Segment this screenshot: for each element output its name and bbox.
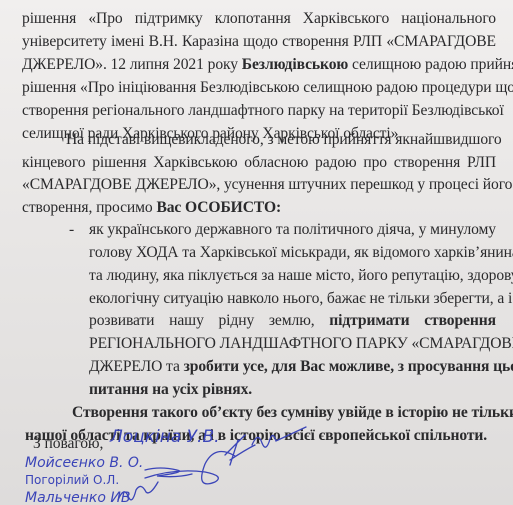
scanned-letter-page: рішення «Про підтримку клопотання Харків…	[0, 0, 513, 505]
handwritten-signature-marks	[0, 0, 513, 505]
